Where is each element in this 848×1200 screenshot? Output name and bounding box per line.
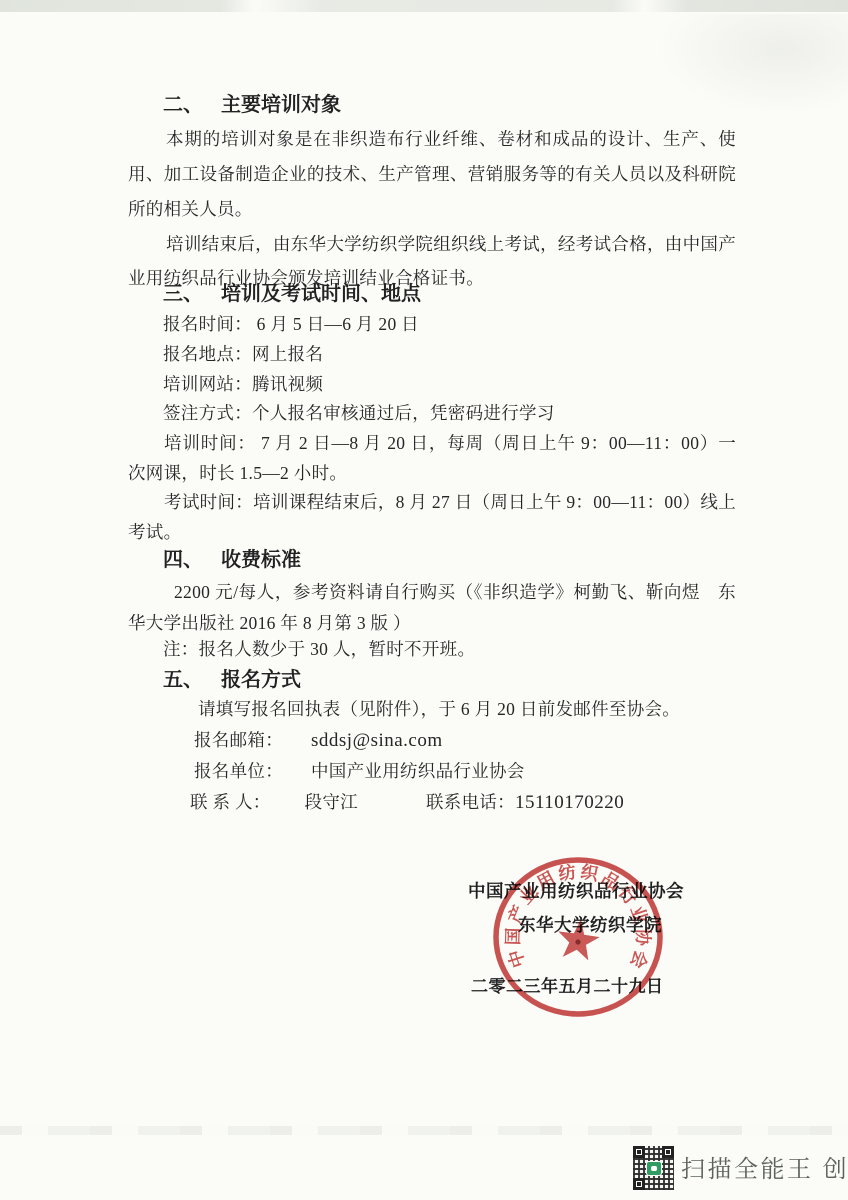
- phone-value: 15110170220: [515, 792, 624, 813]
- item-training-site: 培训网站：腾讯视频: [163, 373, 323, 396]
- line-registration-email: 报名邮箱：sddsj@sina.com: [194, 729, 443, 752]
- qr-finder-bottom-left: [633, 1178, 645, 1190]
- scanned-document-page: 二、主要培训对象 本期的培训对象是在非织造布行业纤维、卷材和成品的设计、生产、使…: [0, 0, 848, 1200]
- contact-label: 联 系 人：: [190, 792, 271, 812]
- section-number: 五、: [163, 669, 203, 691]
- line-registration-unit: 报名单位：中国产业用纺织品行业协会: [194, 760, 525, 783]
- email-label: 报名邮箱：: [194, 730, 283, 750]
- section-number: 二、: [163, 94, 203, 116]
- qr-code: [633, 1146, 674, 1190]
- section-title: 培训及考试时间、地点: [221, 283, 421, 305]
- line-registration-instruction: 请填写报名回执表（见附件），于 6 月 20 日前发邮件至协会。: [198, 698, 680, 721]
- official-seal-stamp: 中国产业用纺织品行业协会: [492, 855, 664, 1019]
- item-exam-time: 考试时间：培训课程结束后，8 月 27 日（周日上午 9：00—11：00）线上…: [128, 487, 736, 547]
- unit-label: 报名单位：: [194, 761, 283, 781]
- qr-finder-top-right: [662, 1146, 674, 1158]
- section-heading-3: 三、培训及考试时间、地点: [163, 282, 421, 306]
- qr-finder-top-left: [633, 1146, 645, 1158]
- camscanner-logo-icon: [646, 1161, 662, 1176]
- note-minimum-enrollment: 注：报名人数少于 30 人，暂时不开班。: [163, 638, 475, 661]
- camscanner-caption: 扫描全能王 创建: [681, 1149, 848, 1184]
- section-heading-5: 五、报名方式: [163, 668, 301, 692]
- paragraph-fee: 2200 元/每人，参考资料请自行购买（《非织造学》柯勤飞、靳向煜 东华大学出版…: [128, 577, 736, 639]
- unit-value: 中国产业用纺织品行业协会: [311, 761, 525, 781]
- section-heading-4: 四、收费标准: [163, 548, 301, 572]
- section-title: 主要培训对象: [221, 94, 341, 116]
- item-training-time: 培训时间： 7 月 2 日—8 月 20 日，每周（周日上午 9：00—11：0…: [128, 428, 736, 488]
- item-signin-method: 签注方式：个人报名审核通过后，凭密码进行学习: [163, 402, 555, 425]
- item-signup-place: 报名地点：网上报名: [163, 343, 323, 366]
- section-title: 收费标准: [221, 549, 301, 571]
- scanner-noise-blob: [658, 14, 848, 114]
- star-icon: [555, 916, 602, 961]
- scanner-noise-band: [0, 1126, 848, 1135]
- item-signup-time: 报名时间： 6 月 5 日—6 月 20 日: [163, 313, 419, 336]
- section-number: 四、: [163, 549, 203, 571]
- contact-name: 段守江: [305, 792, 358, 812]
- section-title: 报名方式: [221, 669, 301, 691]
- paragraph-training-targets: 本期的培训对象是在非织造布行业纤维、卷材和成品的设计、生产、使用、加工设备制造企…: [128, 122, 736, 227]
- star-center-dot: [575, 939, 580, 944]
- line-contact: 联 系 人：段守江联系电话：15110170220: [190, 791, 624, 814]
- scanner-noise-strip: [0, 0, 848, 12]
- phone-label: 联系电话：: [426, 792, 515, 812]
- section-number: 三、: [163, 283, 203, 305]
- email-value: sddsj@sina.com: [311, 730, 443, 751]
- section-heading-2: 二、主要培训对象: [163, 93, 341, 117]
